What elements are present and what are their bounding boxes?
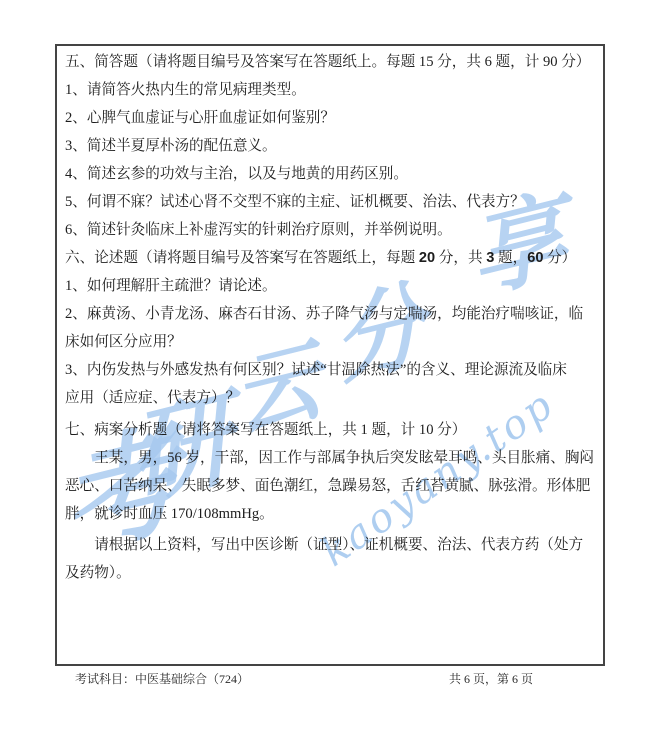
footer-exam-subject: 考试科目：中医基础综合（724） [75, 670, 249, 687]
section5-question-1: 1、请简答火热内生的常见病理类型。 [65, 76, 595, 104]
section6-total-points: 60 [527, 250, 543, 266]
section7-case-description: 王某，男，56 岁，干部，因工作与部属争执后突发眩晕耳鸣、头目胀痛、胸闷恶心、口… [65, 444, 595, 528]
section6-question-2: 2、麻黄汤、小青龙汤、麻杏石甘汤、苏子降气汤与定喘汤，均能治疗喘咳证，临床如何区… [65, 300, 595, 356]
section5-header: 五、简答题（请将题目编号及答案写在答题纸上。每题 15 分，共 6 题，计 90… [65, 48, 595, 76]
section7-task-instruction: 请根据以上资料，写出中医诊断（证型）、证机概要、治法、代表方药（处方及药物）。 [65, 531, 595, 587]
page-footer: 考试科目：中医基础综合（724） 共 6 页，第 6 页 [55, 670, 605, 687]
section6-question-1: 1、如何理解肝主疏泄？请论述。 [65, 272, 595, 300]
section6-header-text: 分，共 [435, 250, 486, 266]
section6-header-text: 分） [543, 250, 576, 266]
section7-header: 七、病案分析题（请将答案写在答题纸上，共 1 题，计 10 分） [65, 416, 595, 444]
section6-header: 六、论述题（请将题目编号及答案写在答题纸上，每题 20 分，共 3 题，60 分… [65, 244, 595, 272]
section6-question-3: 3、内伤发热与外感发热有何区别？试述“甘温除热法”的含义、理论源流及临床应用（适… [65, 356, 595, 412]
section5-question-6: 6、简述针灸临床上补虚泻实的针刺治疗原则，并举例说明。 [65, 216, 595, 244]
section5-question-5: 5、何谓不寐？试述心肾不交型不寐的主症、证机概要、治法、代表方？ [65, 188, 595, 216]
section6-header-text: 题， [494, 250, 527, 266]
section5-question-2: 2、心脾气血虚证与心肝血虚证如何鉴别？ [65, 104, 595, 132]
section5-question-3: 3、简述半夏厚朴汤的配伍意义。 [65, 132, 595, 160]
question-paper-frame: 五、简答题（请将题目编号及答案写在答题纸上。每题 15 分，共 6 题，计 90… [55, 44, 605, 666]
section6-header-text: 六、论述题（请将题目编号及答案写在答题纸上，每题 [65, 250, 419, 266]
section5-question-4: 4、简述玄参的功效与主治，以及与地黄的用药区别。 [65, 160, 595, 188]
exam-paper-page: 考 研 云 分 享 kaoyany.top 五、简答题（请将题目编号及答案写在答… [0, 0, 670, 738]
footer-page-number: 共 6 页，第 6 页 [449, 670, 533, 687]
section6-points-per-question: 20 [419, 250, 435, 266]
